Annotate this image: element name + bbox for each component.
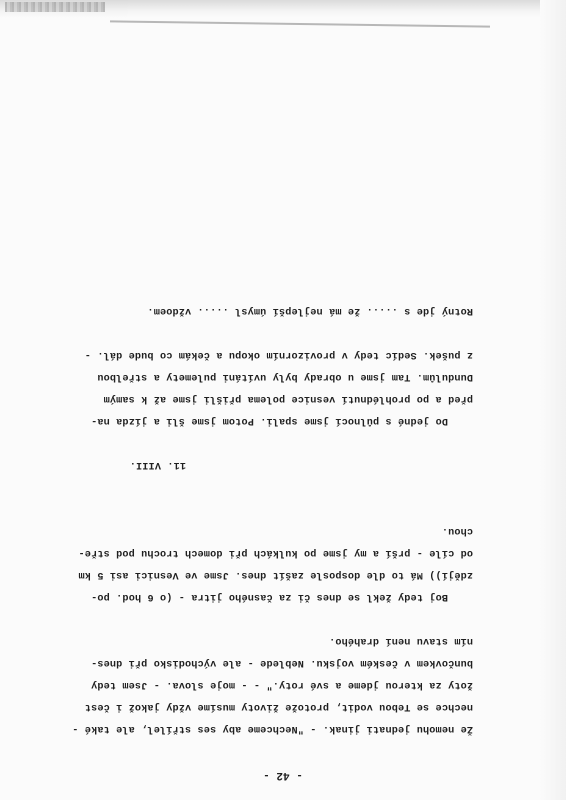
text-line: chou. xyxy=(442,524,473,536)
text-line: Rotný jde s ..... že má nejlepší úmysl .… xyxy=(147,304,473,316)
text-line: ním stavu není drahého. xyxy=(329,634,473,646)
typewritten-sheet: - 42 - Že nemohu jednati jinak. - "Nechc… xyxy=(0,0,566,800)
page-number: - 42 - xyxy=(0,769,566,781)
text-line: nechce se Tebou vodit, protože životy mu… xyxy=(85,700,473,712)
scanned-page: - 42 - Že nemohu jednati jinak. - "Nechc… xyxy=(0,0,566,800)
text-line: od cíle - prší a my jsme po kulkách při … xyxy=(78,546,473,558)
text-line: žoty za kterou jdeme a své roty." - - mo… xyxy=(91,678,473,690)
text-line: před a po prohlédnutí vesnice polema při… xyxy=(103,392,473,404)
text-line: bunčovkem v českém vojsku. Neblede - ale… xyxy=(91,656,473,668)
text-line: Do jedné s půlnocí jsme spali. Potom jsm… xyxy=(91,414,448,426)
text-line: Že nemohu jednati jinak. - "Nechceme aby… xyxy=(72,722,473,734)
text-line: z pušek. Sedíc tedy v provizorním okopu … xyxy=(85,348,473,360)
text-line: Boj tedy žekl se dnes či za časného jitr… xyxy=(91,590,448,602)
text-line: zdějí)) Má to dle dosposle zašít dnes. J… xyxy=(78,568,473,580)
date-heading: 11. VIII. xyxy=(130,458,186,470)
text-line: Dundulům. Tam jsme u obrady byly uvítáni… xyxy=(97,370,473,382)
